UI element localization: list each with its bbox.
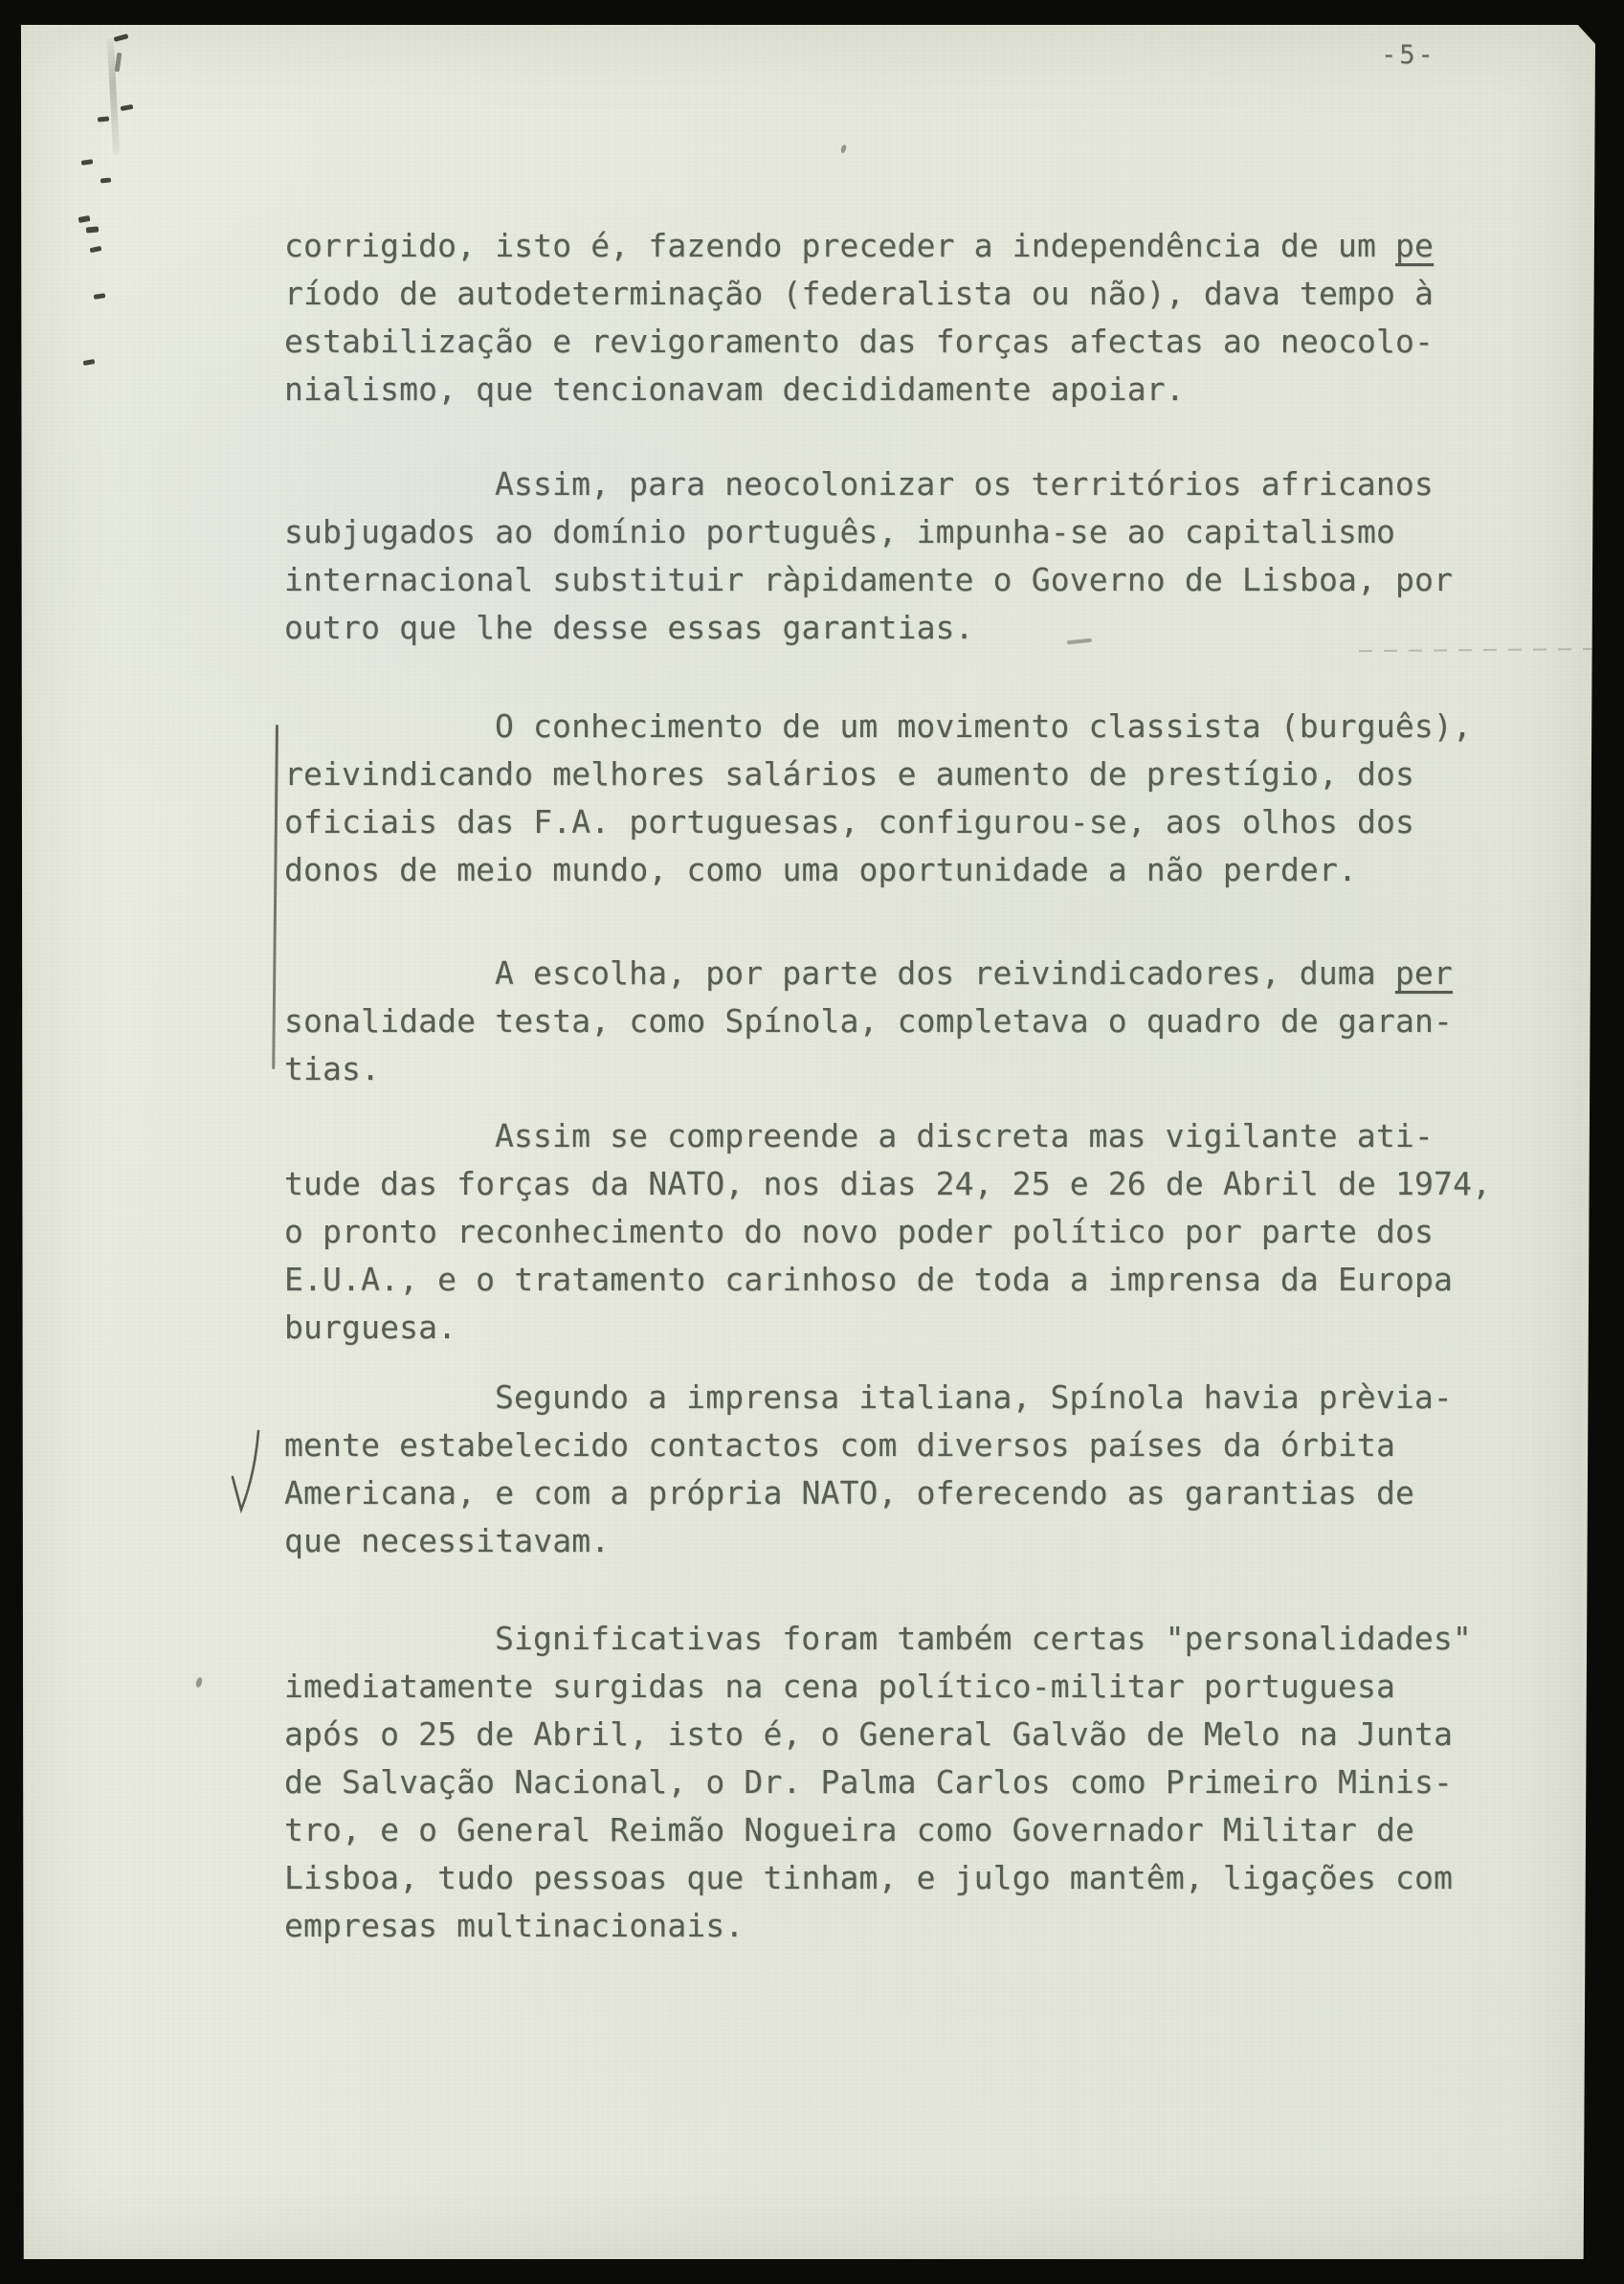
text-line: após o 25 de Abril, isto é, o General Ga… <box>284 1711 1557 1758</box>
text-line: o pronto reconhecimento do novo poder po… <box>284 1208 1557 1256</box>
text-line: subjugados ao domínio português, impunha… <box>284 508 1557 556</box>
binding-hole-mark <box>121 104 134 111</box>
text-line: empresas multinacionais. <box>284 1902 1557 1950</box>
paragraph: Assim se compreende a discreta mas vigil… <box>284 1112 1557 1352</box>
paragraph: corrigido, isto é, fazendo preceder a in… <box>284 222 1557 414</box>
text-line: nialismo, que tencionavam decididamente … <box>284 366 1557 414</box>
page-number: -5- <box>1381 40 1436 70</box>
text-line: donos de meio mundo, como uma oportunida… <box>284 846 1557 894</box>
document-body: corrigido, isto é, fazendo preceder a in… <box>284 222 1557 1950</box>
text-line: tude das forças da NATO, nos dias 24, 25… <box>284 1160 1557 1208</box>
text-line: Segundo a imprensa italiana, Spínola hav… <box>284 1374 1557 1422</box>
text-line: que necessitavam. <box>284 1517 1557 1565</box>
text-line: burguesa. <box>284 1304 1557 1352</box>
ink-speck <box>195 1676 204 1688</box>
text-line: tias. <box>284 1045 1557 1093</box>
text-line: de Salvação Nacional, o Dr. Palma Carlos… <box>284 1758 1557 1806</box>
binding-hole-mark <box>83 359 96 366</box>
binding-hole-mark <box>114 34 129 42</box>
text-line: E.U.A., e o tratamento carinhoso de toda… <box>284 1256 1557 1304</box>
text-line: ríodo de autodeterminação (federalista o… <box>284 270 1557 318</box>
text-line: Assim, para neocolonizar os territórios … <box>284 460 1557 508</box>
text-line: reivindicando melhores salários e aument… <box>284 750 1557 798</box>
margin-pen-line-annotation <box>272 725 278 1069</box>
paragraph: A escolha, por parte dos reivindicadores… <box>284 950 1557 1093</box>
text-line: oficiais das F.A. portuguesas, configuro… <box>284 798 1557 846</box>
text-line: internacional substituir ràpidamente o G… <box>284 556 1557 604</box>
text-line: sonalidade testa, como Spínola, completa… <box>284 997 1557 1045</box>
paragraph: Significativas foram também certas "pers… <box>284 1615 1557 1950</box>
checkmark-annotation <box>231 1426 273 1526</box>
text-line: A escolha, por parte dos reivindicadores… <box>284 950 1557 997</box>
binding-hole-mark <box>115 53 122 73</box>
paragraph: O conhecimento de um movimento classista… <box>284 703 1557 894</box>
binding-hole-mark <box>78 215 91 223</box>
scan-background: -5- corrigido, isto é, fazendo preceder … <box>0 0 1624 2284</box>
binding-hole-mark <box>81 159 94 166</box>
underlined-syllable: per <box>1395 954 1453 992</box>
text-line: Assim se compreende a discreta mas vigil… <box>284 1112 1557 1160</box>
text-line: outro que lhe desse essas garantias. <box>284 604 1557 652</box>
paragraph: Assim, para neocolonizar os territórios … <box>284 460 1557 652</box>
text-line: Americana, e com a própria NATO, oferece… <box>284 1469 1557 1517</box>
binding-hole-mark <box>86 226 99 233</box>
binding-hole-mark <box>94 293 106 300</box>
paragraph: Segundo a imprensa italiana, Spínola hav… <box>284 1374 1557 1565</box>
binding-hole-mark <box>90 246 102 253</box>
ink-speck <box>840 144 848 153</box>
text-line: estabilização e revigoramento das forças… <box>284 318 1557 366</box>
document-page: -5- corrigido, isto é, fazendo preceder … <box>18 25 1595 2259</box>
text-line: tro, e o General Reimão Nogueira como Go… <box>284 1806 1557 1854</box>
underlined-syllable: pe <box>1395 227 1434 264</box>
binding-hole-mark <box>100 178 111 184</box>
text-line: mente estabelecido contactos com diverso… <box>284 1422 1557 1469</box>
text-line: imediatamente surgidas na cena político-… <box>284 1663 1557 1711</box>
text-line: corrigido, isto é, fazendo preceder a in… <box>284 222 1557 270</box>
binding-hole-mark <box>98 116 109 122</box>
text-line: O conhecimento de um movimento classista… <box>284 703 1557 750</box>
text-line: Significativas foram também certas "pers… <box>284 1615 1557 1663</box>
text-line: Lisboa, tudo pessoas que tinham, e julgo… <box>284 1854 1557 1902</box>
